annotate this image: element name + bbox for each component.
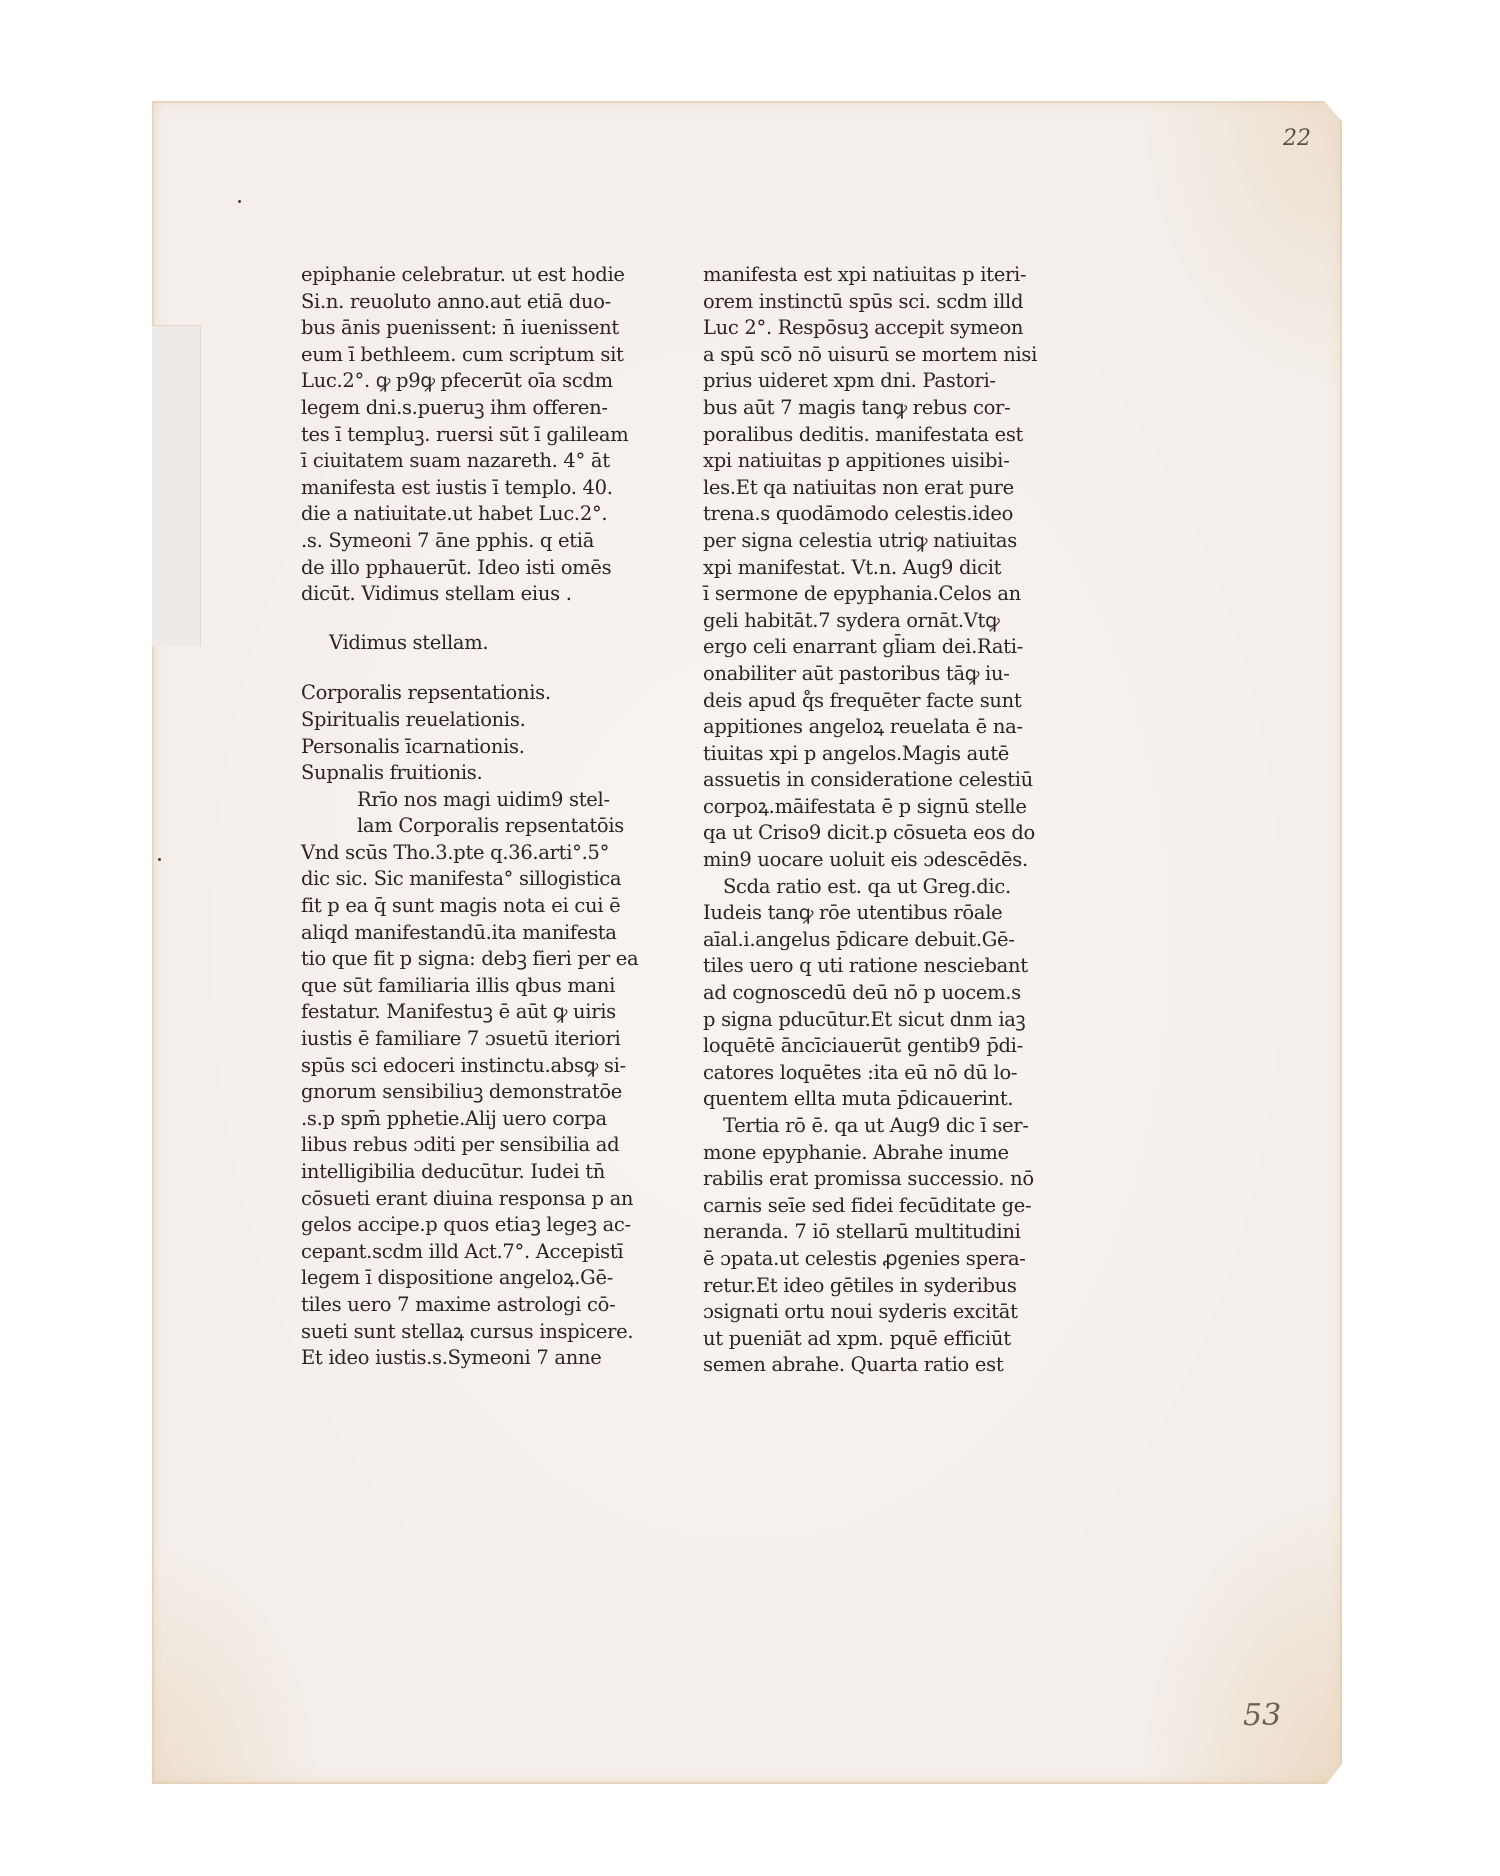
text-line: ergo celi enarrant gl̄iam dei.Rati- xyxy=(703,634,1058,661)
text-line: xpi manifestat. Vt.n. Aug9 dicit xyxy=(703,555,1058,582)
text-line-indented: Rrīo nos magi uidim9 stel- xyxy=(301,787,646,814)
outline-item: Supnalis fruitionis. xyxy=(301,760,646,787)
text-line: tes ī templuꝫ. ruersi sūt ī galileam xyxy=(301,422,646,449)
text-line: epiphanie celebratur. ut est hodie xyxy=(301,262,646,289)
text-line: ī sermone de epyphania.Celos an xyxy=(703,581,1058,608)
text-line: tio que fit p signa: debꝫ fieri per ea xyxy=(301,946,646,973)
text-line: neranda. 7 iō stellarū multitudini xyxy=(703,1219,1058,1246)
text-line: qa ut Criso9 dicit.p cōsueta eos do xyxy=(703,820,1058,847)
text-line: dic sic. Sic manifesta° sillogistica xyxy=(301,866,646,893)
text-line: Et ideo iustis.s.Symeoni 7 anne xyxy=(301,1345,646,1372)
text-line: retur.Et ideo gētiles in syderibus xyxy=(703,1273,1058,1300)
left-column-bottom-block: Vnd scūs Tho.3.pte q.36.arti°.5° dic sic… xyxy=(301,840,646,1372)
text-line: .s. Symeoni 7 āne pphis. q etiā xyxy=(301,528,646,555)
ink-mark xyxy=(158,858,161,861)
outline-item: Spiritualis reuelationis. xyxy=(301,707,646,734)
text-line: assuetis in consideratione celestiū xyxy=(703,767,1058,794)
text-line: manifesta est iustis ī templo. 40. xyxy=(301,475,646,502)
text-line: aīal.i.angelus p̄dicare debuit.Gē- xyxy=(703,927,1058,954)
text-line: geli habitāt.7 sydera ornāt.Vtꝙ xyxy=(703,608,1058,635)
text-line: cōsueti erant diuina responsa p an xyxy=(301,1186,646,1213)
text-line: dicūt. Vidimus stellam eius . xyxy=(301,581,646,608)
text-line: cepant.scdm illd Act.7°. Accepistī xyxy=(301,1239,646,1266)
text-line: .s.p spm̄ pphetie.Alij uero corpa xyxy=(301,1106,646,1133)
text-line: de illo pphauerūt. Ideo isti omēs xyxy=(301,555,646,582)
text-line: ut pueniāt ad xpm. pquē efficiūt xyxy=(703,1326,1058,1353)
text-line: prius uideret xpm dni. Pastori- xyxy=(703,368,1058,395)
text-line: fit p ea q̄ sunt magis nota ei cui ē xyxy=(301,893,646,920)
text-line: ɔsignati ortu noui syderis excitāt xyxy=(703,1299,1058,1326)
text-line: rabilis erat promissa successio. nō xyxy=(703,1166,1058,1193)
text-line: bus ānis puenissent: n̄ iuenissent xyxy=(301,315,646,342)
left-text-column: epiphanie celebratur. ut est hodie Si.n.… xyxy=(301,262,646,1372)
text-line: quentem ellta muta p̄dicauerint. xyxy=(703,1086,1058,1113)
text-line-indented: lam Corporalis repsentatōis xyxy=(301,813,646,840)
paragraph-start-line: Tertia rō ē. qa ut Aug9 dic ī ser- xyxy=(703,1113,1058,1140)
text-line: deis apud q̊s frequēter facte sunt xyxy=(703,688,1058,715)
text-line: per signa celestia utriꝙ natiuitas xyxy=(703,528,1058,555)
text-line: tiles uero 7 maxime astrologi cō- xyxy=(301,1292,646,1319)
text-line: mone epyphanie. Abrahe inume xyxy=(703,1140,1058,1167)
text-line: Vnd scūs Tho.3.pte q.36.arti°.5° xyxy=(301,840,646,867)
text-line: Luc 2°. Respōsuꝫ accepit symeon xyxy=(703,315,1058,342)
text-line: tiuitas xpi p angelos.Magis autē xyxy=(703,741,1058,768)
text-line: que sūt familiaria illis qbus mani xyxy=(301,973,646,1000)
folio-number-top: 22 xyxy=(1283,126,1311,151)
text-line: eum ī bethleem. cum scriptum sit xyxy=(301,342,646,369)
text-line: corpoꝝ.māifestata ē p signū stelle xyxy=(703,794,1058,821)
paper-tab-strip xyxy=(152,325,201,646)
text-line: Luc.2°. ꝙ p9ꝙ pfecerūt oīa scdm xyxy=(301,368,646,395)
text-line: aliqd manifestandū.ita manifesta xyxy=(301,920,646,947)
text-line: bus aūt 7 magis tanꝙ rebus cor- xyxy=(703,395,1058,422)
text-line: gelos accipe.p quos etiaꝫ legeꝫ ac- xyxy=(301,1212,646,1239)
outline-item: Corporalis repsentationis. xyxy=(301,680,646,707)
text-line: catores loquētes :ita eū nō dū lo- xyxy=(703,1060,1058,1087)
text-line: onabiliter aūt pastoribus tāꝙ iu- xyxy=(703,661,1058,688)
text-line: ē ɔpata.ut celestis ꝓgenies spera- xyxy=(703,1246,1058,1273)
text-line: orem instinctū spūs sci. scdm illd xyxy=(703,289,1058,316)
text-line: tiles uero q uti ratione nesciebant xyxy=(703,953,1058,980)
text-line: iustis ē familiare 7 ɔsuetū iteriori xyxy=(301,1026,646,1053)
text-line: sueti sunt stellaꝝ cursus inspicere. xyxy=(301,1319,646,1346)
text-line: loquētē āncīciauerūt gentib9 p̄di- xyxy=(703,1033,1058,1060)
paragraph-start-line: Scda ratio est. qa ut Greg.dic. xyxy=(703,874,1058,901)
text-line: poralibus deditis. manifestata est xyxy=(703,422,1058,449)
text-line: ī ciuitatem suam nazareth. 4° āt xyxy=(301,448,646,475)
text-line: manifesta est xpi natiuitas p iteri- xyxy=(703,262,1058,289)
text-line: festatur. Manifestuꝫ ē aūt ꝙ uiris xyxy=(301,999,646,1026)
text-line: Iudeis tanꝙ rōe utentibus rōale xyxy=(703,900,1058,927)
right-text-column: manifesta est xpi natiuitas p iteri- ore… xyxy=(703,262,1058,1379)
text-line: carnis seīe sed fidei fecūditate ge- xyxy=(703,1193,1058,1220)
outline-item: Personalis īcarnationis. xyxy=(301,734,646,761)
text-line: semen abrahe. Quarta ratio est xyxy=(703,1352,1058,1379)
text-line: spūs sci edoceri instinctu.absꝙ si- xyxy=(301,1053,646,1080)
text-line: intelligibilia deducūtur. Iudei tn̄ xyxy=(301,1159,646,1186)
text-line: legem ī dispositione angeloꝝ.Gē- xyxy=(301,1265,646,1292)
text-line: gnorum sensibiliuꝫ demonstratōe xyxy=(301,1079,646,1106)
text-line: appitiones angeloꝝ reuelata ē na- xyxy=(703,714,1058,741)
text-line: xpi natiuitas p appitiones uisibi- xyxy=(703,448,1058,475)
left-column-top-block: epiphanie celebratur. ut est hodie Si.n.… xyxy=(301,262,646,608)
text-line: libus rebus ɔditi per sensibilia ad xyxy=(301,1132,646,1159)
section-heading: Vidimus stellam. xyxy=(301,630,646,657)
text-line: a spū scō nō uisurū se mortem nisi xyxy=(703,342,1058,369)
text-line: legem dni.s.pueruꝫ ihm offeren- xyxy=(301,395,646,422)
text-line: les.Et qa natiuitas non erat pure xyxy=(703,475,1058,502)
ink-mark xyxy=(238,200,241,203)
folio-number-bottom: 53 xyxy=(1243,1698,1281,1733)
text-line: p signa pducūtur.Et sicut dnm iaꝫ xyxy=(703,1007,1058,1034)
text-line: min9 uocare uoluit eis ɔdescēdēs. xyxy=(703,847,1058,874)
text-line: Si.n. reuoluto anno.aut etiā duo- xyxy=(301,289,646,316)
text-line: die a natiuitate.ut habet Luc.2°. xyxy=(301,501,646,528)
text-line: trena.s quodāmodo celestis.ideo xyxy=(703,501,1058,528)
outline-list: Corporalis repsentationis. Spiritualis r… xyxy=(301,680,646,786)
text-line: ad cognoscedū deū nō p uocem.s xyxy=(703,980,1058,1007)
